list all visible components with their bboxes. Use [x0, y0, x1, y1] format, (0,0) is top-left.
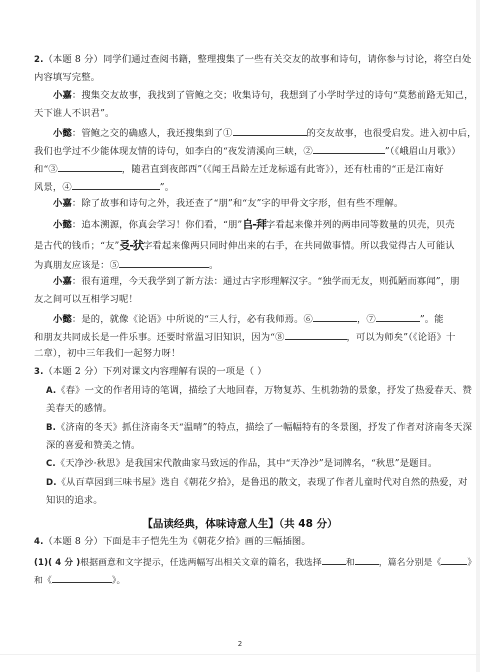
dialogue-text: ：追本溯源，你真会学习！你们看，“朋” [72, 220, 242, 231]
oracle-bone-peng-icon: 𠂤-拜 [242, 219, 266, 231]
q4-title-1-blank[interactable] [441, 555, 467, 565]
dialogue-text: 字看起来像并列的两串同等数量的贝壳，贝壳 [266, 220, 455, 231]
blank-7[interactable] [376, 312, 420, 322]
option-text: 《春》一文的作者用诗的笔调，描绘了大地回春，万物复苏、生机勃勃的景象，抒发了热爱… [56, 385, 472, 396]
blank-6[interactable] [313, 312, 357, 322]
option-letter: B. [46, 423, 56, 433]
speaker-name: 小懿 [53, 128, 72, 139]
dialogue-text: ，可以为师矣”（《论语》十 [347, 332, 456, 343]
footer-divider [0, 654, 480, 655]
q3-option-b-cont: 深的喜爱和赞美之情。 [46, 440, 450, 452]
speaker-name: 小嘉 [53, 90, 72, 101]
option-letter: A. [46, 386, 56, 396]
q4-sub1-text: 》 [467, 558, 476, 568]
dialogue-text: 是古代的钱币；“友” [34, 241, 119, 252]
dialogue-text: ：搜集交友故事，我找到了管鲍之交；收集诗句，我想到了小学时学过的诗句“莫愁前路无… [72, 90, 474, 101]
dialogue-text: ：除了故事和诗句之外，我还查了“朋”和“友”字的甲骨文字形，但有些不理解。 [72, 198, 403, 209]
section-title: 【品读经典，体味诗意人生】（共 48 分） [0, 516, 480, 531]
q2-dialogue-4: 小懿：追本溯源，你真会学习！你们看，“朋”𠂤-拜字看起来像并列的两串同等数量的贝… [53, 219, 450, 232]
q4-sub1-text: 和《 [34, 576, 52, 586]
q3-option-a-cont: 美春天的感情。 [46, 403, 450, 415]
q4-prompt: 下面是丰子恺先生为《朝花夕拾》画的三幅插图。 [103, 536, 311, 547]
blank-4[interactable] [72, 180, 160, 190]
q3-option-c[interactable]: C.《天净沙·秋思》是我国宋代散曲家马致远的作品，其中“天净沙”是词牌名，“秋思… [46, 458, 450, 470]
q2-dialogue-1: 小嘉：搜集交友故事，我找到了管鲍之交；收集诗句，我想到了小学时学过的诗句“莫愁前… [53, 90, 450, 102]
dialogue-text: 风景，④ [34, 182, 72, 193]
dialogue-text: ，随君直到夜郎西”（《闻王昌龄左迁龙标遥有此寄》），还有杜甫的“正是江南好 [122, 164, 444, 175]
q2-prompt: 同学们通过查阅书籍，整理搜集了一些有关交友的故事和诗句，请你参与讨论，将空白处 [103, 54, 471, 65]
dialogue-text: ”。能 [420, 314, 444, 325]
speaker-name: 小懿 [53, 220, 72, 231]
dialogue-text: ：是的，就像《论语》中所说的“三人行，必有我师焉。⑥ [72, 314, 313, 325]
speaker-name: 小嘉 [53, 198, 72, 209]
q2-header-cont: 内容填写完整。 [34, 72, 450, 84]
page-number: 2 [0, 640, 480, 648]
q2-dialogue-6-line3: 二章），初中三年我们一起努力呀！ [34, 348, 450, 360]
q3-option-b[interactable]: B.《济南的冬天》抓住济南冬天“温晴”的特点，描绘了一幅幅特有的冬景图，抒发了作… [46, 422, 450, 434]
q4-sub1-label: (1)( 4 分 ) [34, 558, 80, 568]
dialogue-text: ：管鲍之交的确感人，我还搜集到了① [72, 128, 233, 139]
q3-prompt: 下列对课文内容理解有误的一项是（ ） [103, 366, 267, 377]
q4-sub1-line2: 和《》。 [34, 573, 450, 587]
blank-2[interactable] [313, 144, 385, 154]
q4-score: （本题 8 分） [43, 536, 103, 547]
q2-dialogue-6-line2: 和朋友共同成长是一件乐事。还要时常温习旧知识，因为“⑧，可以为师矣”（《论语》十 [34, 330, 450, 344]
q4-sub1-text: 》。 [112, 576, 126, 586]
q4-header: 4.（本题 8 分）下面是丰子恺先生为《朝花夕拾》画的三幅插图。 [34, 536, 450, 548]
option-text: 《从百草园到三味书屋》选自《朝花夕拾》，是鲁迅的散文，表现了作者儿童时代对自然的… [57, 477, 468, 488]
dialogue-text: 的交友故事，也很受启发。进入初中后， [307, 128, 477, 139]
q2-dialogue-5: 小嘉：很有道理，今天我学到了新方法：通过古字形理解汉字。“独学而无友，则孤陋而寡… [53, 276, 450, 288]
dialogue-text: ：很有道理，今天我学到了新方法：通过古字形理解汉字。“独学而无友，则孤陋而寡闻”… [72, 276, 460, 287]
dialogue-text: ”（《峨眉山月歌》） [385, 146, 461, 157]
q4-sub1-text: 和 [346, 558, 355, 568]
blank-5[interactable] [119, 258, 209, 268]
dialogue-text: 字看起来像两只同时伸出来的右手，在共同做事情。所以我觉得古人可能认 [143, 241, 455, 252]
blank-8[interactable] [285, 330, 347, 340]
q4-sub1-text: 根据画意和文字提示，任选两幅写出相关文章的篇名，我选择 [80, 558, 322, 568]
q2-dialogue-2-line4: 风景，④”。 [34, 180, 450, 194]
q3-option-a[interactable]: A.《春》一文的作者用诗的笔调，描绘了大地回春，万物复苏、生机勃勃的景象，抒发了… [46, 385, 450, 397]
dialogue-text: 。 [209, 260, 218, 271]
blank-1[interactable] [233, 126, 307, 136]
speaker-name: 小懿 [53, 314, 72, 325]
q2-dialogue-6: 小懿：是的，就像《论语》中所说的“三人行，必有我师焉。⑥，⑦”。能 [53, 312, 450, 326]
page-edge [476, 0, 480, 672]
q2-dialogue-4-line3: 为真朋友应该是：⑤。 [34, 258, 450, 272]
option-letter: D. [46, 478, 57, 488]
dialogue-text: 和朋友共同成长是一件乐事。还要时常温习旧知识，因为“⑧ [34, 332, 285, 343]
q2-dialogue-2-line3: 和“③，随君直到夜郎西”（《闻王昌龄左迁龙标遥有此寄》），还有杜甫的“正是江南好 [34, 162, 450, 176]
q2-dialogue-2-line2: 我们也学过不少能体现友情的诗句，如李白的“夜发清溪向三峡，②”（《峨眉山月歌》） [34, 144, 450, 158]
option-text: 《济南的冬天》抓住济南冬天“温晴”的特点，描绘了一幅幅特有的冬景图，抒发了作者对… [56, 422, 472, 433]
q3-option-d[interactable]: D.《从百草园到三味书屋》选自《朝花夕拾》，是鲁迅的散文，表现了作者儿童时代对自… [46, 477, 450, 489]
q2-score: （本题 8 分） [43, 54, 103, 65]
blank-3[interactable] [58, 162, 122, 172]
dialogue-text: ，⑦ [357, 314, 376, 325]
q4-sub1-text: ，篇名分别是《 [379, 558, 442, 568]
q4-choice-2-blank[interactable] [355, 555, 379, 565]
q2-dialogue-2: 小懿：管鲍之交的确感人，我还搜集到了①的交友故事，也很受启发。进入初中后， [53, 126, 450, 140]
option-text: 《天净沙·秋思》是我国宋代散曲家马致远的作品，其中“天净沙”是词牌名，“秋思”是… [56, 458, 438, 469]
q2-dialogue-3: 小嘉：除了故事和诗句之外，我还查了“朋”和“友”字的甲骨文字形，但有些不理解。 [53, 198, 450, 210]
option-letter: C. [46, 459, 56, 469]
dialogue-text: 和“③ [34, 164, 58, 175]
q3-option-d-cont: 知识的追求。 [46, 495, 450, 507]
q2-header: 2.（本题 8 分）同学们通过查阅书籍，整理搜集了一些有关交友的故事和诗句，请你… [34, 54, 450, 66]
q3-header: 3.（本题 2 分）下列对课文内容理解有误的一项是（ ） [34, 366, 450, 378]
dialogue-text: 为真朋友应该是：⑤ [34, 260, 119, 271]
oracle-bone-you-icon: 㕛-犾 [119, 240, 143, 252]
dialogue-text: 我们也学过不少能体现友情的诗句，如李白的“夜发清溪向三峡，② [34, 146, 313, 157]
exam-page: 2.（本题 8 分）同学们通过查阅书籍，整理搜集了一些有关交友的故事和诗句，请你… [0, 0, 480, 672]
q4-choice-1-blank[interactable] [322, 555, 346, 565]
q2-dialogue-5-cont: 友之间可以互相学习呢！ [34, 294, 450, 306]
dialogue-text: ”。 [160, 182, 174, 193]
q3-score: （本题 2 分） [43, 366, 103, 377]
q2-dialogue-4-line2: 是古代的钱币；“友”㕛-犾字看起来像两只同时伸出来的右手，在共同做事情。所以我觉… [34, 240, 450, 253]
speaker-name: 小嘉 [53, 276, 72, 287]
q4-title-2-blank[interactable] [52, 573, 112, 583]
q4-sub1: (1)( 4 分 )根据画意和文字提示，任选两幅写出相关文章的篇名，我选择和，篇… [34, 555, 450, 569]
q2-dialogue-1-cont: 天下谁人不识君”。 [34, 108, 450, 120]
